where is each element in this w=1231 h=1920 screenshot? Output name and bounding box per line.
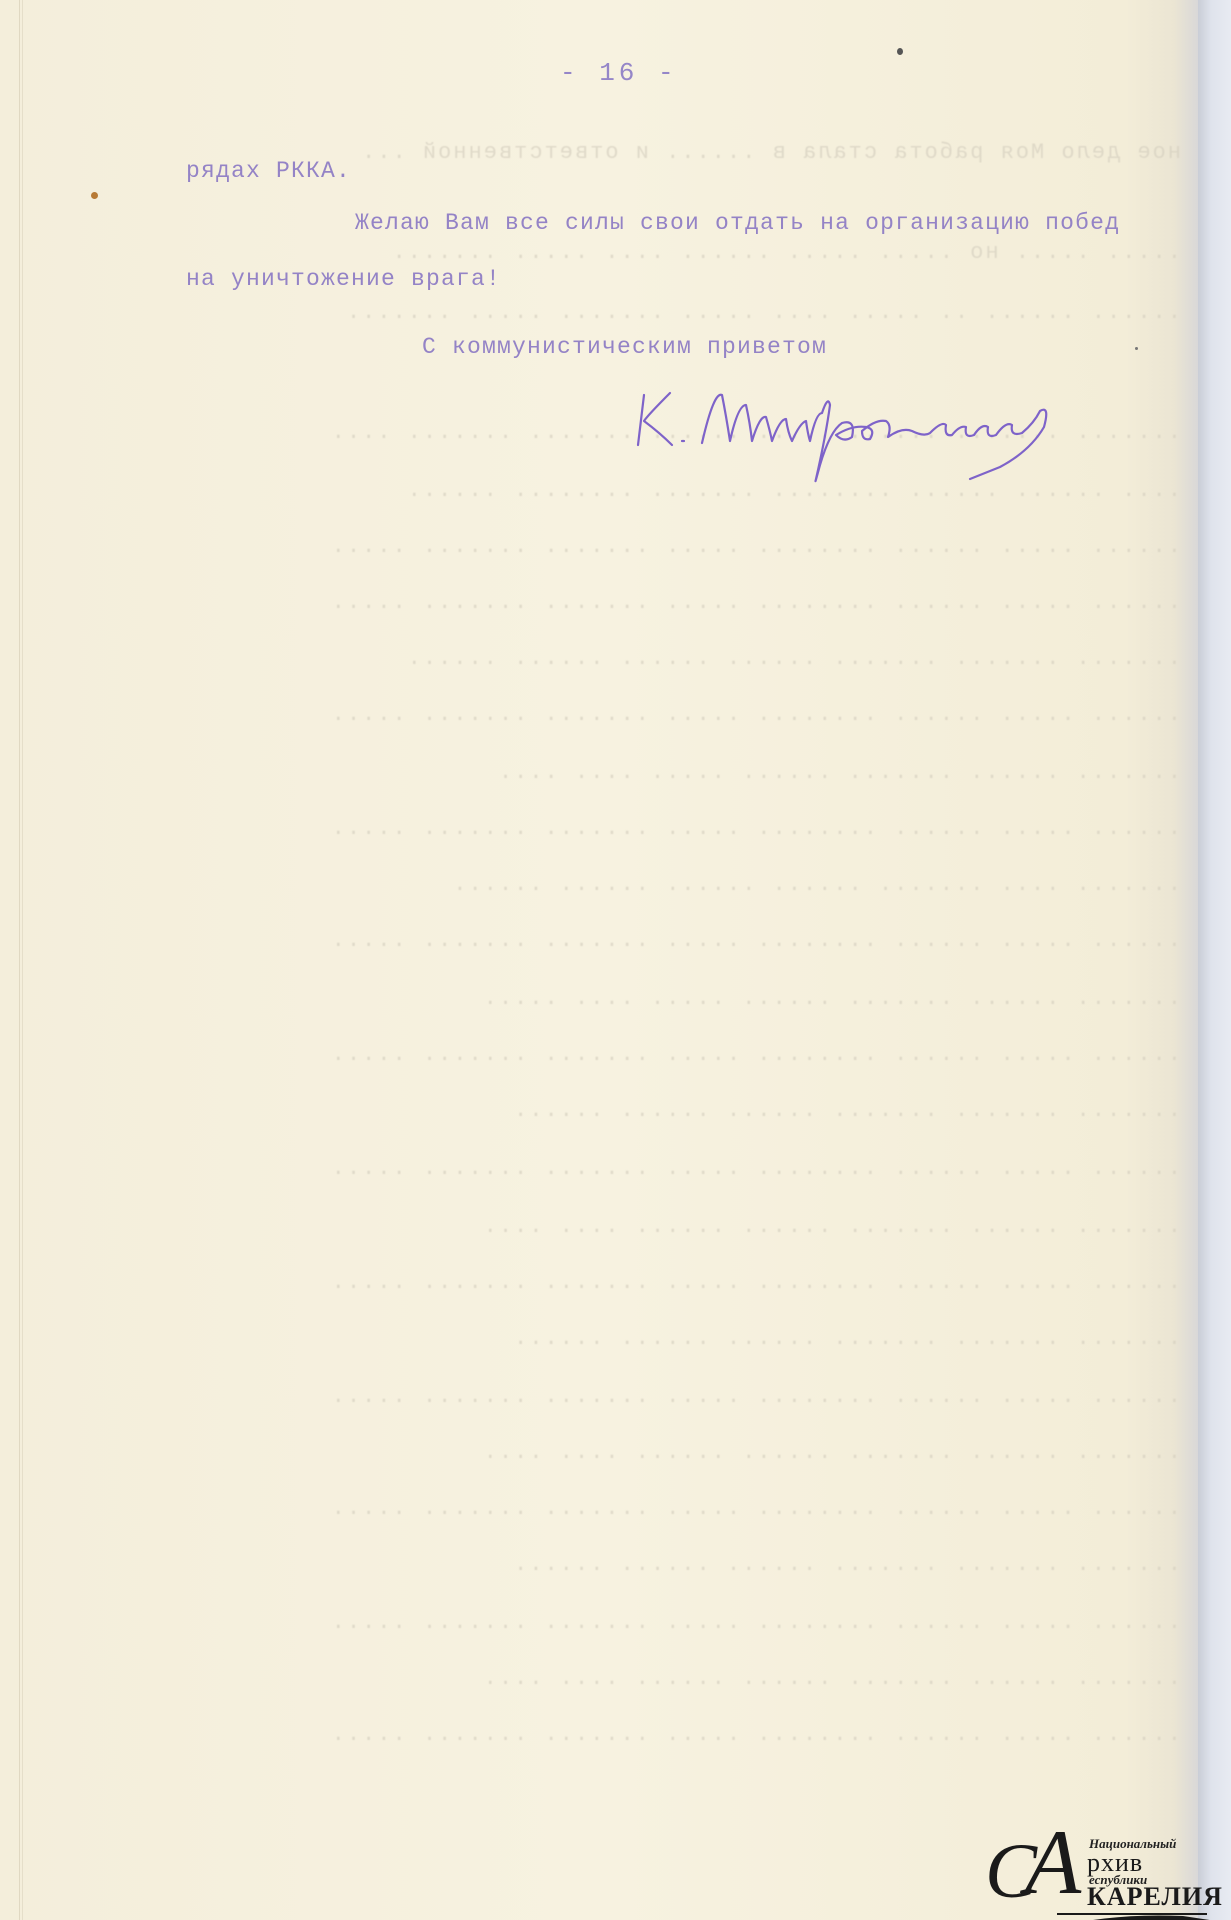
text-line: на уничтожение врага!	[186, 266, 501, 292]
scanner-edge	[1198, 0, 1231, 1920]
paper-speck	[897, 48, 903, 55]
paper-stain	[91, 192, 98, 199]
page-fold-line	[19, 0, 23, 1920]
quill-icon	[1093, 1914, 1223, 1920]
page-number: - 16 -	[560, 58, 678, 88]
text-line: Желаю Вам все силы свои отдать на органи…	[355, 210, 1120, 236]
text-line: рядах РККА.	[186, 158, 351, 184]
closing-salutation: С коммунистическим приветом	[422, 334, 827, 360]
handwritten-signature	[630, 375, 1130, 485]
archive-logo-watermark: С А Национальный рхив еспублики КАРЕЛИЯ	[985, 1830, 1225, 1920]
paper-speck	[1135, 347, 1138, 350]
logo-text-karelia: КАРЕЛИЯ	[1087, 1882, 1223, 1912]
logo-initial-a: А	[1025, 1816, 1081, 1908]
